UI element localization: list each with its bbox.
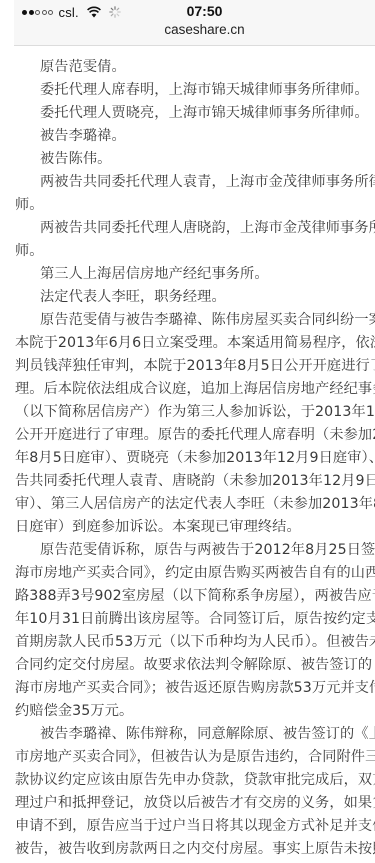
judgment-document-body: 原告范雯倩。委托代理人席春明，上海市锦天城律师事务所律师。委托代理人贾晓亮，上海… <box>0 56 375 861</box>
document-line: 日庭审）到庭参加诉讼。本案现已审理终结。 <box>0 516 375 539</box>
document-line: 被告李璐禕、陈伟辩称，同意解除原、被告签订的《上海 <box>0 723 375 746</box>
document-line: 第三人上海居信房地产经纪事务所。 <box>0 263 375 286</box>
document-line: 约赔偿金35万元。 <box>0 700 375 723</box>
document-line: 海市房地产买卖合同》；被告返还原告购房款53万元并支付违 <box>0 677 375 700</box>
document-line: 法定代表人李旺，职务经理。 <box>0 286 375 309</box>
document-line: 被告李璐禕。 <box>0 125 375 148</box>
document-line: 市房地产买卖合同》，但被告认为是原告违约，合同附件三付 <box>0 746 375 769</box>
document-line: 首期房款人民币53万元（以下币种均为人民币）。但被告未按 <box>0 631 375 654</box>
document-line: 路388弄3号902室房屋（以下简称系争房屋），两被告应于2012 <box>0 585 375 608</box>
browser-header: csl. 07:50 caseshare.cn <box>14 0 375 46</box>
document-line: 理。后本院依法组成合议庭，追加上海居信房地产经纪事务所 <box>0 378 375 401</box>
document-line: 原告范雯倩与被告李璐禕、陈伟房屋买卖合同纠纷一案， <box>0 309 375 332</box>
document-line: 审）、第三人居信房产的法定代表人李旺（未参加2013年8月5 <box>0 493 375 516</box>
address-bar-url[interactable]: caseshare.cn <box>14 22 375 37</box>
document-line: 公开开庭进行了审理。原告的委托代理人席春明（未参加2013 <box>0 424 375 447</box>
document-line: 委托代理人席春明，上海市锦天城律师事务所律师。 <box>0 79 375 102</box>
document-line: 年10月31日前腾出该房屋等。合同签订后，原告按约定支付了 <box>0 608 375 631</box>
document-line: 被告，被告收到房款两日之内交付房屋。事实上原告未按照约 <box>0 838 375 861</box>
document-line: 委托代理人贾晓亮，上海市锦天城律师事务所律师。 <box>0 102 375 125</box>
document-line: 年8月5日庭审）、贾晓亮（未参加2013年12月9日庭审）、两被 <box>0 447 375 470</box>
document-line: （以下简称居信房产）作为第三人参加诉讼，于2013年12月9日 <box>0 401 375 424</box>
document-line: 两被告共同委托代理人袁青，上海市金茂律师事务所律 <box>0 171 375 194</box>
document-line: 本院于2013年6月6日立案受理。本案适用简易程序，依法由审 <box>0 332 375 355</box>
document-line: 原告范雯倩。 <box>0 56 375 79</box>
document-line: 理过户和抵押登记，放贷以后被告才有交房的义务，如果贷款 <box>0 792 375 815</box>
document-line: 合同约定交付房屋。故要求依法判令解除原、被告签订的《上 <box>0 654 375 677</box>
document-line: 师。 <box>0 194 375 217</box>
document-line: 师。 <box>0 240 375 263</box>
document-line: 海市房地产买卖合同》，约定由原告购买两被告自有的山西北 <box>0 562 375 585</box>
clock: 07:50 <box>14 3 375 19</box>
document-line: 被告陈伟。 <box>0 148 375 171</box>
document-line: 原告范雯倩诉称，原告与两被告于2012年8月25日签订《上 <box>0 539 375 562</box>
document-line: 款协议约定应该由原告先申办贷款，贷款审批完成后，双方办 <box>0 769 375 792</box>
document-line: 判员钱萍独任审判，本院于2013年8月5日公开开庭进行了审 <box>0 355 375 378</box>
document-line: 告共同委托代理人袁青、唐晓韵（未参加2013年12月9日庭 <box>0 470 375 493</box>
document-line: 两被告共同委托代理人唐晓韵，上海市金茂律师事务所律 <box>0 217 375 240</box>
document-line: 申请不到，原告应当于过户当日将其以现金方式补足并支付给 <box>0 815 375 838</box>
